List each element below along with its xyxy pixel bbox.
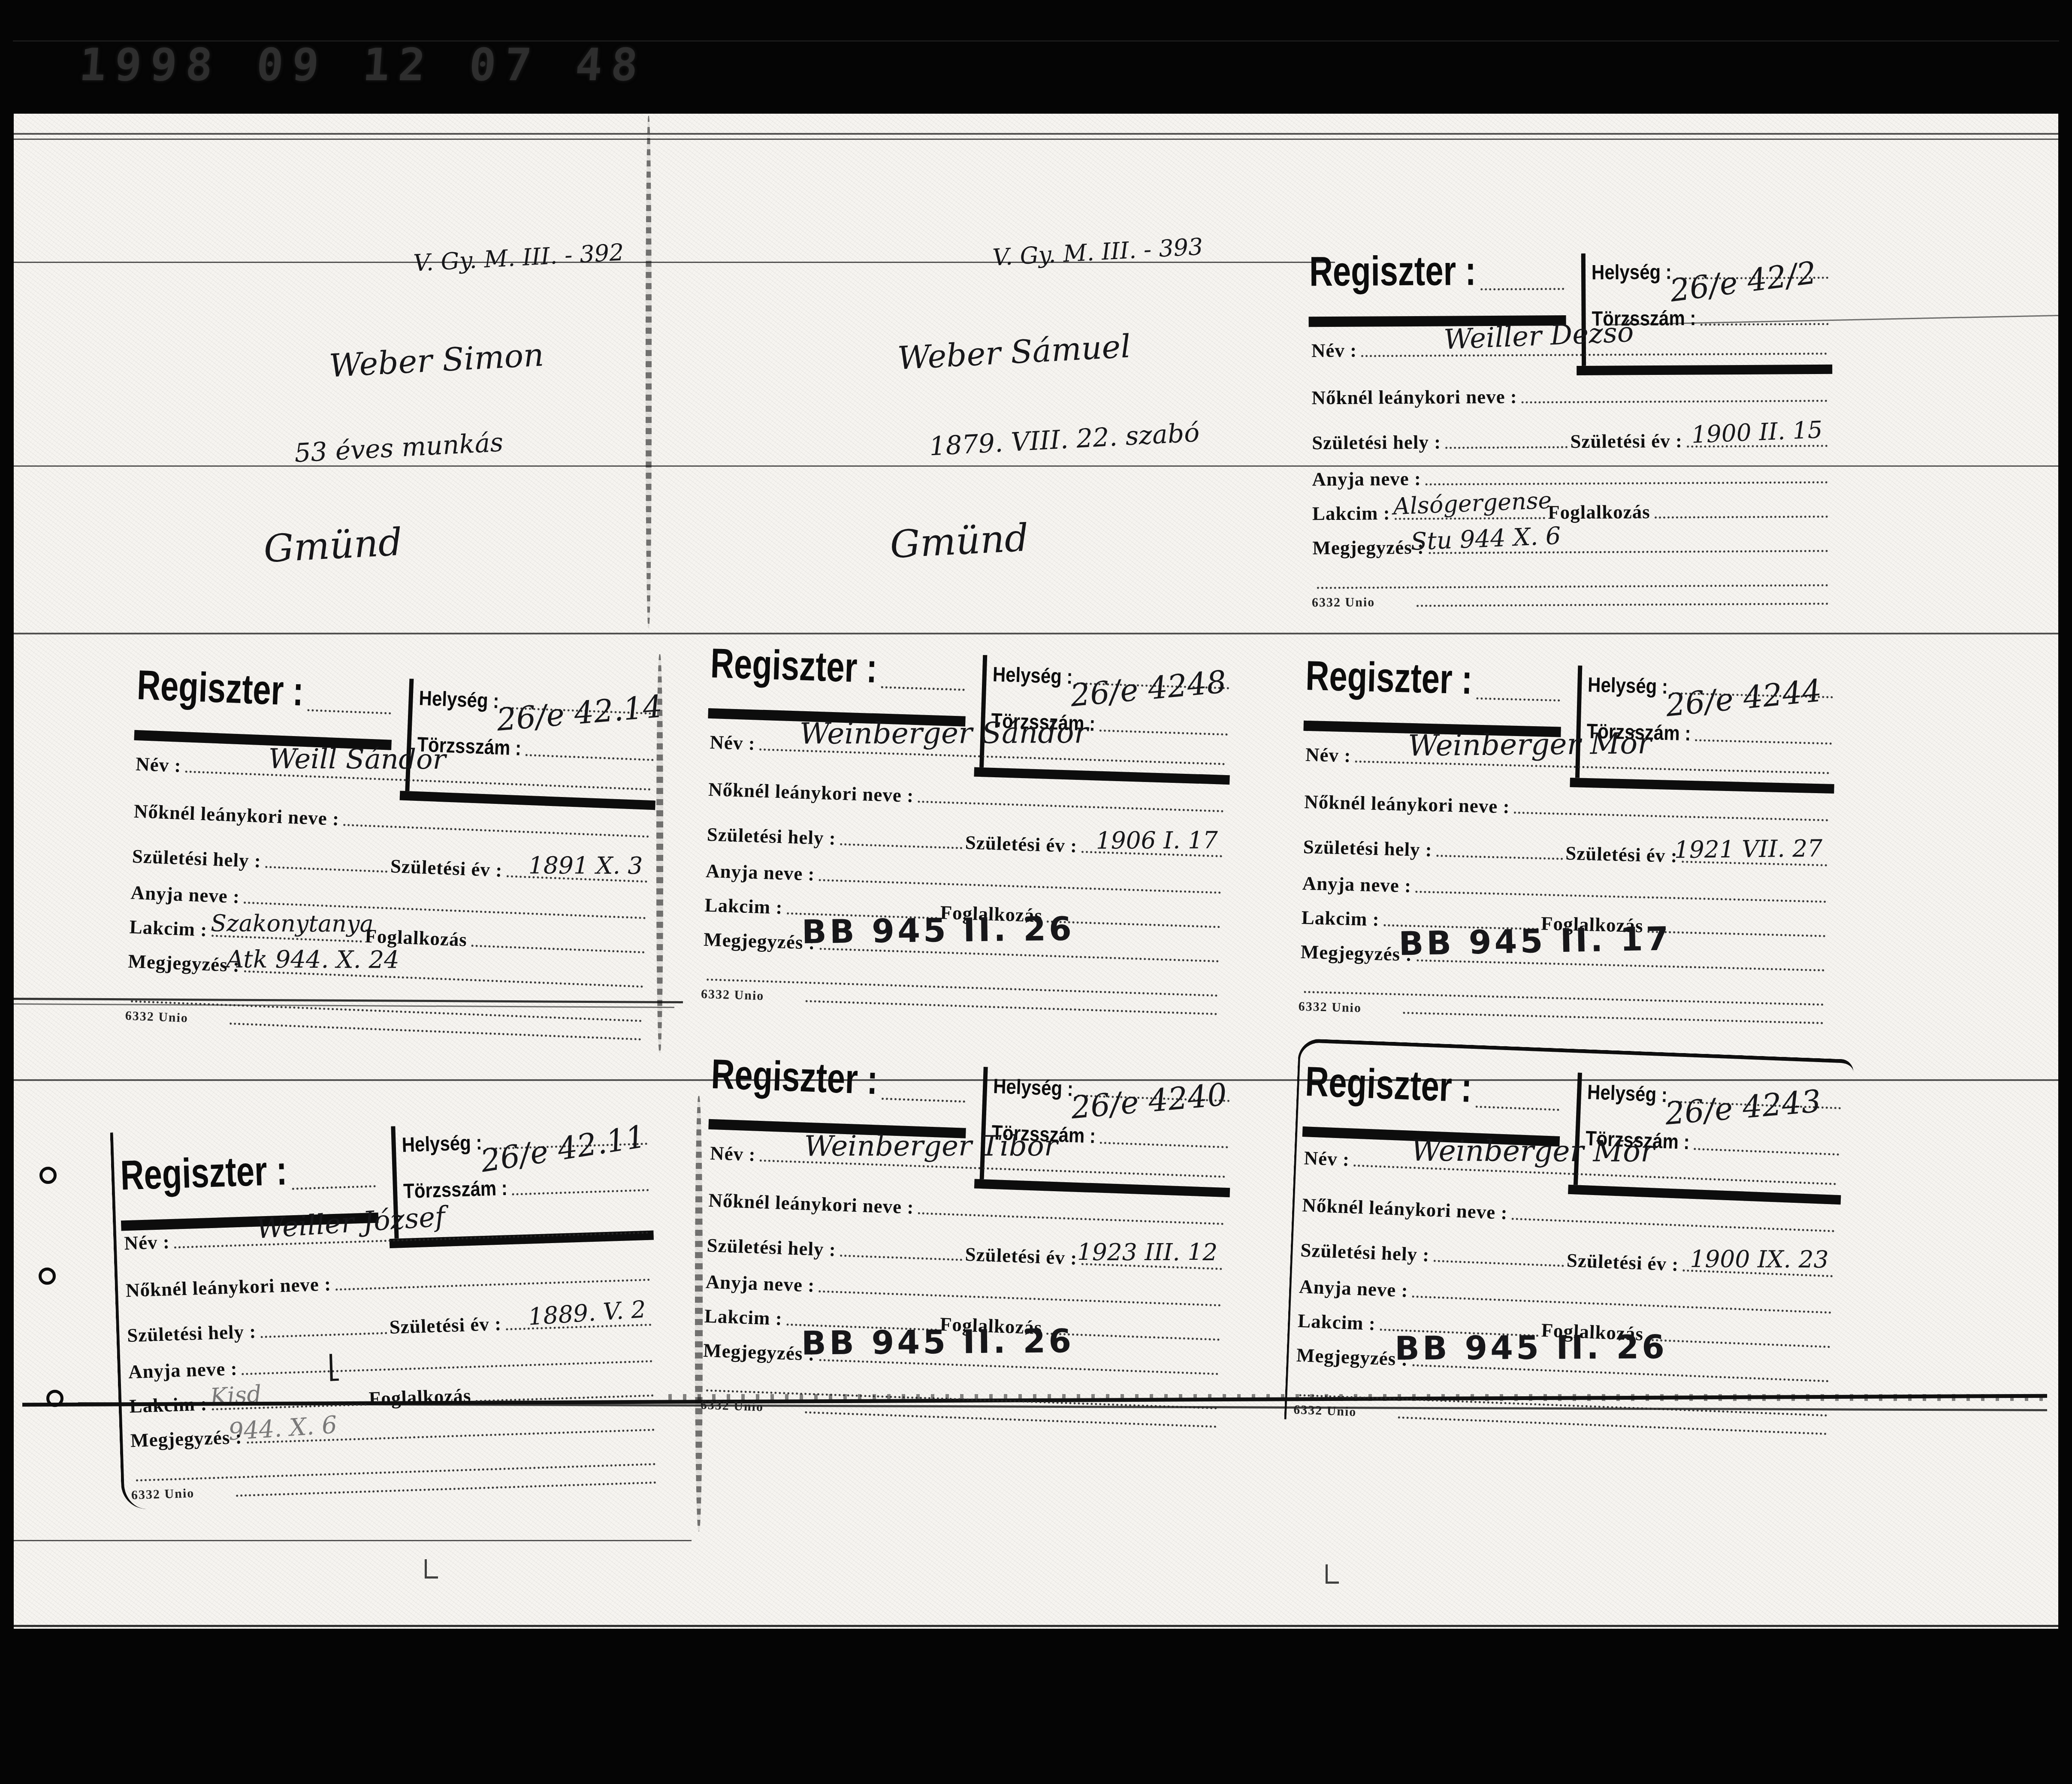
field-label: Anyja neve : — [1299, 1275, 1408, 1302]
field-nev: Név : Weiller Dezső — [1311, 332, 1830, 362]
register-card: Regiszter : Helység : Törzsszám : 26/e 4… — [1284, 1038, 1854, 1440]
register-card: Regiszter : Helység : Törzsszám : 26/e 4… — [693, 1054, 1241, 1442]
dotted-leader — [1512, 1218, 1834, 1232]
dotted-leader — [882, 1098, 966, 1103]
card-footer: 6332 Unio — [131, 1486, 195, 1503]
dotted-leader — [1476, 697, 1560, 702]
field-label: Születési év : — [1566, 1249, 1679, 1276]
note-reference: V. Gy. M. III. - 393 — [992, 233, 1204, 271]
field-label: Születési hely : — [1312, 431, 1441, 454]
handwritten-remark: Atk 944. X. 24 — [227, 945, 399, 974]
dotted-leader — [292, 1185, 376, 1190]
field-label: Anyja neve : — [1312, 468, 1421, 490]
note-name: Weber Sámuel — [897, 328, 1132, 377]
register-card: Regiszter : Helység : Törzsszám : 26/e 4… — [110, 1115, 669, 1510]
handwritten-birthdate: 1921 VII. 27 — [1674, 834, 1823, 863]
dotted-leader — [840, 843, 962, 849]
field-label: Helység : — [1587, 1080, 1668, 1107]
thick-rule — [1570, 778, 1834, 794]
card-header: Regiszter : — [120, 1154, 378, 1200]
field-label: Helység : — [1592, 260, 1672, 284]
field-szuletes: Születési hely : Születési év : 1921 VII… — [1303, 830, 1830, 871]
dotted-leader — [759, 749, 1225, 765]
dotted-leader — [1647, 1339, 1830, 1348]
dotted-leader — [1475, 1105, 1559, 1111]
handwritten-name: Weill Sándor — [269, 743, 446, 776]
handwritten-remark: BB 945 II. 26 — [801, 1322, 1075, 1362]
field-label: Megjegyzés : — [1300, 941, 1413, 966]
dotted-leader — [881, 686, 965, 691]
microfilm-frame: 1998 09 12 07 48 V. Gy. M. III. - 392 — [0, 0, 2072, 1784]
thick-rule — [974, 767, 1229, 785]
field-label: Lakcim : — [704, 894, 783, 919]
field-szuletes: Születési hely : Születési év : 1923 III… — [707, 1229, 1225, 1274]
field-label: Név : — [710, 1142, 756, 1166]
field-leanykori: Nőknél leánykori neve : — [125, 1258, 652, 1302]
field-label: Lakcim : — [1312, 502, 1390, 525]
field-label: Lakcim : — [1301, 906, 1380, 930]
field-label: Nőknél leánykori neve : — [1302, 1194, 1508, 1224]
field-nev: Név : Weiller József — [124, 1210, 651, 1255]
field-label: Anyja neve : — [705, 1271, 815, 1297]
dotted-leader — [918, 1212, 1223, 1225]
field-label: Név : — [124, 1231, 170, 1254]
dotted-leader — [1647, 931, 1825, 937]
field-label: Születési év : — [965, 1243, 1078, 1269]
field-lakcim: Lakcim : Foglalkozás Alsógergense — [1312, 495, 1830, 525]
card-header: Regiszter : — [710, 1061, 969, 1107]
note-detail: 1879. VIII. 22. szabó — [928, 418, 1200, 462]
handwritten-note: V. Gy. M. III. - 393 Weber Sámuel 1879. … — [877, 232, 1304, 634]
dotted-leader — [1655, 516, 1828, 519]
card-header: Regiszter : — [710, 650, 968, 695]
handwritten-birthdate: 1923 III. 12 — [1077, 1238, 1218, 1266]
card-footer: 6332 Unio — [700, 1398, 764, 1415]
note-reference: V. Gy. M. III. - 392 — [413, 238, 625, 277]
blank-line — [1412, 582, 1831, 611]
field-label: Születési év : — [965, 831, 1078, 857]
handwritten-address: Szakonytanya — [211, 910, 374, 937]
crop-mark — [425, 1559, 438, 1579]
dotted-leader — [230, 1023, 641, 1041]
field-label: Foglalkozás — [368, 1384, 471, 1410]
note-name: Weber Simon — [328, 336, 544, 384]
punch-hole — [39, 1268, 56, 1285]
dotted-leader — [1416, 890, 1826, 903]
thick-rule — [1577, 365, 1832, 375]
field-label: Helység : — [992, 662, 1073, 688]
field-label: Helység : — [993, 1075, 1074, 1101]
card-footer: 6332 Unio — [1312, 595, 1375, 610]
card-title: Regiszter : — [710, 640, 878, 693]
field-label: Helység : — [402, 1131, 482, 1157]
field-label: Törzsszám : — [403, 1176, 507, 1203]
dotted-leader — [471, 945, 644, 954]
field-label: Születési hely : — [707, 823, 836, 849]
field-label: Születési év : — [390, 855, 503, 881]
field-label: Anyja neve : — [1302, 872, 1412, 897]
field-label: Nőknél leánykori neve : — [125, 1273, 332, 1301]
card-title: Regiszter : — [710, 1050, 879, 1104]
field-label: Születési hely : — [132, 845, 262, 872]
card-header: Regiszter : — [1309, 257, 1567, 296]
handwritten-birthdate: 1906 I. 17 — [1096, 826, 1217, 854]
dotted-leader — [1099, 730, 1228, 736]
field-label: Születési hely : — [1300, 1239, 1430, 1266]
note-place: Gmünd — [889, 515, 1030, 567]
dotted-leader — [806, 1000, 1217, 1015]
card-header: Regiszter : — [1305, 1068, 1563, 1115]
field-label: Születési hely : — [127, 1320, 257, 1346]
field-label: Helység : — [419, 686, 500, 713]
scan-line — [14, 139, 2058, 140]
field-label: Születési év : — [1570, 430, 1682, 453]
dotted-leader — [1403, 1012, 1823, 1024]
handwritten-name: Weinberger Mór — [1411, 1134, 1655, 1169]
card-footer: 6332 Unio — [1298, 999, 1362, 1016]
field-label: Név : — [1305, 743, 1351, 767]
dotted-leader — [1398, 1416, 1827, 1435]
field-szuletes: Születési hely : Születési év : 1889. V.… — [127, 1303, 654, 1347]
field-label: Anyja neve : — [705, 860, 815, 885]
register-card: Regiszter : Helység : Törzsszám : 26/e 4… — [1291, 656, 1845, 1038]
handwritten-remark: BB 945 II. 26 — [1395, 1328, 1668, 1367]
dotted-leader — [1436, 855, 1563, 860]
field-label: Megjegyzés : — [703, 928, 816, 954]
dotted-leader — [512, 1189, 649, 1195]
dotted-leader — [261, 1332, 387, 1338]
field-label: Megjegyzés : — [128, 950, 240, 977]
dotted-leader — [307, 709, 391, 714]
handwritten-remark: BB 945 II. 26 — [801, 909, 1075, 951]
field-label: Helység : — [1588, 673, 1668, 699]
field-label: Megjegyzés : — [1296, 1344, 1408, 1370]
dotted-leader — [335, 1279, 650, 1291]
scan-line — [14, 1625, 2058, 1627]
scan-page: V. Gy. M. III. - 392 Weber Simon 53 éves… — [14, 114, 2058, 1629]
dotted-leader — [819, 879, 1221, 894]
handwritten-note: V. Gy. M. III. - 392 Weber Simon 53 éves… — [251, 237, 678, 639]
dotted-leader — [1695, 739, 1832, 745]
dotted-leader — [236, 1482, 656, 1497]
card-header: Regiszter : — [1305, 662, 1563, 706]
field-anyja: Anyja neve : — [1302, 867, 1829, 907]
crop-mark — [1326, 1564, 1339, 1584]
note-detail: 53 éves munkás — [294, 427, 504, 468]
card-title: Regiszter : — [120, 1147, 288, 1200]
field-label: Foglalkozás — [1548, 501, 1650, 523]
dotted-leader — [1445, 446, 1568, 449]
dotted-leader — [918, 800, 1224, 812]
dotted-leader — [1361, 353, 1827, 357]
field-label: Anyja neve : — [128, 1357, 238, 1383]
dotted-leader — [343, 824, 649, 838]
field-label: Nőknél leánykori neve : — [1304, 791, 1510, 818]
card-title: Regiszter : — [1305, 1058, 1473, 1112]
card-title: Regiszter : — [1309, 247, 1476, 296]
dotted-leader — [1694, 1148, 1839, 1156]
field-label: Lakcim : — [704, 1305, 782, 1330]
register-card: Regiszter : Helység : Törzsszám : 26/e 4… — [118, 665, 668, 1059]
field-label: Név : — [135, 753, 181, 777]
note-place: Gmünd — [263, 519, 403, 571]
field-label: Születési év : — [1565, 842, 1678, 867]
field-label: Név : — [1311, 339, 1357, 362]
dotted-leader — [1426, 481, 1828, 486]
dotted-leader — [1434, 1260, 1564, 1267]
dotted-leader — [476, 1395, 654, 1402]
handwritten-birthdate: 1891 X. 3 — [529, 851, 643, 879]
field-label: Megjegyzés : — [130, 1426, 242, 1452]
handwritten-remark: Stu 944 X. 6 — [1410, 522, 1562, 556]
handwritten-name: Weinberger Mór — [1408, 727, 1652, 763]
field-label: Születési hely : — [707, 1234, 837, 1261]
handwritten-address: Alsógergense — [1392, 486, 1552, 520]
field-szuletes: Születési hely : Születési év : 1906 I. … — [707, 818, 1225, 862]
scan-line — [14, 133, 2058, 135]
dotted-leader — [1514, 812, 1828, 821]
field-anyja: Anyja neve : — [1312, 460, 1830, 490]
dotted-leader — [1522, 400, 1827, 404]
field-label: Nőknél leánykori neve : — [1311, 386, 1517, 409]
dotted-leader — [265, 866, 387, 873]
register-card: Regiszter : Helység : Törzsszám : 26/e 4… — [694, 644, 1241, 1029]
dotted-leader — [1099, 1142, 1228, 1148]
card-footer: 6332 Unio — [701, 987, 764, 1004]
field-label: Nőknél leánykori neve : — [708, 778, 914, 807]
field-label: Név : — [1304, 1147, 1350, 1171]
field-torzsszam: Törzsszám : — [403, 1170, 652, 1203]
punch-hole — [39, 1167, 57, 1184]
field-label: Nőknél leánykori neve : — [133, 800, 340, 830]
film-timestamp: 1998 09 12 07 48 — [78, 39, 648, 91]
dotted-leader — [840, 1255, 962, 1261]
field-label: Születési hely : — [1303, 836, 1432, 861]
field-label: Megjegyzés : — [1312, 536, 1424, 559]
dotted-leader — [819, 1290, 1221, 1307]
dotted-leader — [1480, 288, 1564, 290]
handwritten-remark: BB 945 II. 17 — [1398, 919, 1672, 963]
dotted-leader — [525, 754, 653, 761]
card-title: Regiszter : — [1305, 652, 1473, 704]
field-label: Lakcim : — [1297, 1310, 1376, 1335]
dotted-leader — [805, 1411, 1217, 1428]
punch-hole — [46, 1390, 63, 1407]
handwritten-name: Weinberger Sándor — [800, 716, 1088, 751]
handwritten-birthdate: 1900 II. 15 — [1691, 416, 1823, 448]
dotted-leader — [1417, 603, 1828, 607]
field-label: Anyja neve : — [130, 881, 240, 908]
field-megjegyzes: Megjegyzés : Stu 944 X. 6 — [1312, 529, 1830, 559]
handwritten-name: Weinberger Tibor — [804, 1129, 1058, 1162]
field-leanykori: Nőknél leánykori neve : — [1311, 379, 1830, 409]
scan-line — [14, 1540, 692, 1541]
field-label: Név : — [710, 731, 756, 755]
field-megjegyzes: Megjegyzés : BB 945 II. 17 — [1300, 936, 1827, 976]
field-label: Születési év : — [389, 1313, 502, 1338]
field-szuletes: Születési hely : Születési év : 1900 II.… — [1312, 424, 1830, 454]
card-header: Regiszter : — [136, 672, 395, 719]
handwritten-address: Kisd — [209, 1380, 263, 1410]
card-footer: 6332 Unio — [1293, 1403, 1357, 1420]
field-label: Lakcim : — [129, 1392, 208, 1417]
field-label: Megjegyzés : — [703, 1339, 815, 1365]
dotted-leader — [242, 1360, 652, 1375]
field-label: Nőknél leánykori neve : — [708, 1189, 915, 1219]
card-footer: 6332 Unio — [125, 1008, 188, 1026]
register-card: Regiszter : Helység : Törzsszám : 26/e 4… — [1303, 250, 1841, 622]
handwritten-birthdate: 1900 IX. 23 — [1690, 1245, 1829, 1273]
dotted-leader — [1700, 323, 1828, 326]
stray-mark — [329, 1354, 339, 1381]
field-label: Lakcim : — [129, 916, 208, 941]
card-title: Regiszter : — [136, 661, 305, 715]
